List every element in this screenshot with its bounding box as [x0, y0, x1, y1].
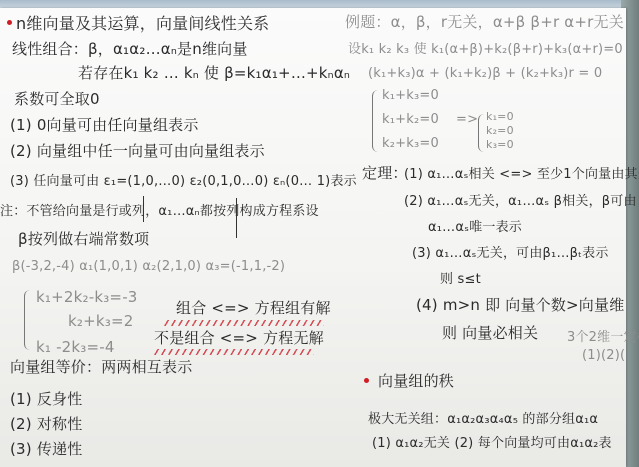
example-system-3: k₂+k₃=0	[382, 136, 439, 151]
solution-k2: k₂=0	[486, 124, 514, 137]
property-1: (1) 0向量可由任向量组表示	[10, 114, 199, 135]
red-underline	[164, 320, 324, 326]
theorem-label: 定理：	[362, 162, 408, 183]
linear-combination-condition: 若存在k₁ k₂ … kₙ 使 β=k₁α₁+…+kₙαₙ	[78, 62, 350, 83]
example-system-2: k₁+k₂=0	[382, 112, 439, 127]
theorem-4-cont: 则 向量必相关	[442, 322, 538, 343]
example-system-1: k₁+k₃=0	[382, 88, 439, 103]
system-eq-1: k₁+2k₂-k₃=-3	[36, 288, 138, 306]
theorem-2: (2) α₁…αₛ无关，α₁…αₛ β相关，β可由	[404, 190, 637, 209]
solution-k1: k₁=0	[486, 110, 514, 123]
divider-stroke	[236, 198, 237, 238]
section-heading-vectors: n维向量及其运算，向量间线性关系	[16, 11, 269, 34]
linear-combination-label: 线性组合：β，α₁α₂…αₙ是n维向量	[12, 38, 248, 59]
note-line-2: β按列做右端常数项	[18, 228, 149, 249]
solvable-note: 组合 <=> 方程组有解	[176, 297, 331, 318]
side-note-2: (1)(2)(	[582, 348, 625, 363]
rank-line-2: (1) α₁α₂无关 (2) 每个向量均可由α₁α₂表	[372, 432, 612, 451]
property-3: (3) 任向量可由 ε₁=(1,0,…0) ε₂(0,1,0…0) εₙ(0… …	[10, 170, 357, 189]
rank-line-1: 极大无关组：α₁α₂α₃α₄α₅ 的部分组α₁α	[368, 408, 598, 427]
unsolvable-note: 不是组合 <=> 方程无解	[154, 327, 324, 348]
theorem-2-cont: α₁…αₛ唯一表示	[428, 216, 522, 235]
solution-k3: k₃=0	[486, 138, 514, 151]
equivalence-heading: 向量组等价：两两相互表示	[10, 356, 192, 377]
side-note: 3个2维一定相	[567, 326, 639, 345]
property-2: (2) 向量组中任一向量可由向量组表示	[10, 140, 265, 161]
system-eq-3: k₁ -2k₃=-4	[36, 338, 115, 356]
red-underline	[154, 349, 314, 355]
divider-stroke	[143, 196, 144, 222]
equivalence-prop-2: (2) 对称性	[10, 413, 82, 434]
theorem-3-cont: 则 s≤t	[440, 268, 481, 287]
theorem-3: (3) α₁…αₛ无关，可由β₁…βₜ表示	[412, 242, 609, 261]
coefficients-note: 系数可全取0	[14, 88, 100, 109]
theorem-4: (4) m>n 即 向量个数>向量维	[416, 294, 624, 315]
system-brace	[372, 90, 379, 152]
equivalence-prop-1: (1) 反身性	[10, 388, 82, 409]
example-vectors: β(-3,2,-4) α₁(1,0,1) α₂(2,1,0) α₃=(-1,1,…	[12, 259, 285, 274]
implies-arrow: =>	[456, 112, 478, 127]
red-bullet-icon	[364, 378, 369, 383]
system-brace	[24, 290, 31, 350]
example-title: 例题：α，β，r无关，α+β β+r α+r无关	[345, 11, 624, 32]
red-bullet-icon	[7, 20, 12, 25]
example-line-1: 设k₁ k₂ k₃ 使 k₁(α+β)+k₂(β+r)+k₃(α+r)=0	[348, 38, 623, 57]
rank-heading: 向量组的秩	[378, 370, 454, 391]
theorem-1: (1) α₁…αₛ相关 <=> 至少1个向量由其余表示	[404, 163, 639, 182]
notes-paper: n维向量及其运算，向量间线性关系 线性组合：β，α₁α₂…αₙ是n维向量 若存在…	[0, 8, 626, 467]
system-eq-2: k₂+k₃=2	[68, 312, 133, 330]
example-line-2: (k₁+k₃)α + (k₁+k₂)β + (k₂+k₃)r = 0	[368, 66, 602, 81]
note-line-1: 注：不管给向量是行或列，α₁…αₙ都按列构成方程系设	[0, 200, 319, 219]
equivalence-prop-3: (3) 传递性	[10, 438, 82, 459]
solution-brace	[478, 114, 484, 152]
